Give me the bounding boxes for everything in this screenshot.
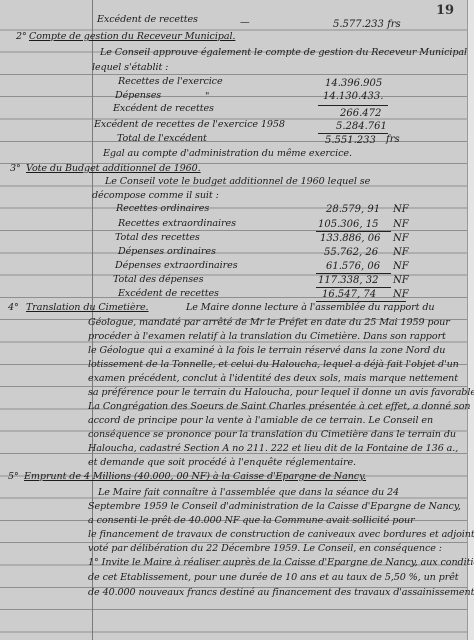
section2-intro-1: Le Conseil approuve également le compte … xyxy=(100,47,467,58)
section4-line: examen précédent, conclut à l'identité d… xyxy=(88,373,458,384)
s3-row-label: Recettes extraordinaires xyxy=(118,218,236,229)
ledger-page: 19 Excédent de recettes — 5.577.233 frs … xyxy=(0,0,474,640)
section5-line: Le Maire fait connaître à l'assemblée qu… xyxy=(98,487,399,498)
section4-heading: Translation du Cimetière. xyxy=(26,302,149,313)
s3-row-label: Dépenses extraordinaires xyxy=(115,260,238,271)
s3-row-value: 105.306, 15 xyxy=(318,219,378,230)
s3-row-unit: NF xyxy=(393,204,409,215)
section3-number: 3° xyxy=(10,163,21,174)
sum-rule xyxy=(318,133,388,134)
s3-row-unit: NF xyxy=(393,247,409,258)
section1-excedent-amount: 5.577.233 frs xyxy=(333,19,401,30)
section5-number: 5° xyxy=(8,471,19,482)
page-edge xyxy=(467,0,474,640)
s3-row-label: Total des recettes xyxy=(115,232,200,243)
s2-row-value: 14.396.905 xyxy=(325,78,382,89)
s3-row-value: 55.762, 26 xyxy=(324,247,378,258)
section5-line: de cet Etablissement, pour une durée de … xyxy=(88,572,459,583)
section3-heading: Vote du Budget additionnel de 1960. xyxy=(26,163,201,174)
sum-rule xyxy=(316,231,391,232)
s3-row-label: Recettes ordinaires xyxy=(116,203,209,214)
page-number: 19 xyxy=(436,3,454,18)
section5-line: a consenti le prêt de 40.000 NF que la C… xyxy=(88,515,415,526)
sum-rule xyxy=(316,287,391,288)
s3-row-unit: NF xyxy=(393,275,409,286)
section4-line: et demande que soit procédé à l'enquête … xyxy=(88,457,356,468)
s3-row-value: 28.579, 91 xyxy=(326,204,380,215)
s2-row-label: Total de l'excédent xyxy=(117,133,207,144)
section4-line: conséquence se prononce pour la translat… xyxy=(88,429,456,440)
section3-intro-2: décompose comme il suit : xyxy=(92,190,219,201)
section4-line: Haloucha, cadastré Section A no 211. 222… xyxy=(88,443,458,454)
s2-row-value: 5.551.233 xyxy=(325,135,376,146)
section3-intro-1: Le Conseil vote le budget additionnel de… xyxy=(105,176,370,187)
s2-row-label: Dépenses xyxy=(115,90,161,101)
section2-closing: Egal au compte d'administration du même … xyxy=(103,148,352,159)
section4-line: procéder à l'examen relatif à la transla… xyxy=(88,331,446,342)
s2-row-value: 266.472 xyxy=(340,108,381,119)
section5-line: de 40.000 nouveaux francs destiné au fin… xyxy=(88,587,474,598)
s3-row-unit: NF xyxy=(393,289,409,300)
section4-line: accord de principe pour la vente à l'ami… xyxy=(88,415,433,426)
s3-row-unit: NF xyxy=(393,261,409,272)
s2-row-value: 5.284.761 xyxy=(336,121,387,132)
s2-row-value: 14.130.433. xyxy=(323,91,383,102)
section5-line: le financement de travaux de constructio… xyxy=(88,529,474,540)
section4-line: Géologue, mandaté par arrêté de Mr le Pr… xyxy=(88,317,450,328)
sum-rule xyxy=(318,105,388,106)
s3-row-unit: NF xyxy=(393,233,409,244)
sum-rule xyxy=(316,273,391,274)
s3-row-value: 117.338, 32 xyxy=(318,275,378,286)
s2-row-label: Recettes de l'exercice xyxy=(118,76,223,87)
s3-row-value: 16.547, 74 xyxy=(322,289,376,300)
section2-intro-2: lequel s'établit : xyxy=(92,62,168,73)
s3-row-label: Total des dépenses xyxy=(113,274,203,285)
section4-line: sa préférence pour le terrain du Halouch… xyxy=(88,387,474,398)
section4-line-0: Le Maire donne lecture à l'assemblée du … xyxy=(186,302,434,313)
s2-row-label: Excédent de recettes de l'exercice 1958 xyxy=(94,119,285,130)
section2-heading: Compte de gestion du Receveur Municipal. xyxy=(29,31,235,42)
ditto-mark: " xyxy=(205,91,209,102)
section5-line: 1° Invite le Maire à réaliser auprès de … xyxy=(88,557,474,568)
s3-row-unit: NF xyxy=(393,219,409,230)
section2-number: 2° xyxy=(16,31,27,42)
section4-line: lotissement de la Tonnelle, et celui du … xyxy=(88,359,459,370)
s3-row-label: Dépenses ordinaires xyxy=(118,246,216,257)
section4-line: le Géologue qui a examiné à la fois le t… xyxy=(88,345,445,356)
section4-line: La Congrégation des Soeurs de Saint Char… xyxy=(88,401,470,412)
s3-row-label: Excédent de recettes xyxy=(118,288,219,299)
section5-line: Septembre 1959 le Conseil d'administrati… xyxy=(88,501,461,512)
s2-total-unit: frs xyxy=(386,134,400,145)
s2-row-label: Excédent de recettes xyxy=(113,103,214,114)
section5-heading: Emprunt de 4 Millions (40.000, 00 NF) à … xyxy=(24,471,366,482)
section5-line: voté par délibération du 22 Décembre 195… xyxy=(88,543,442,554)
s3-row-value: 133.886, 06 xyxy=(320,233,380,244)
s3-row-value: 61.576, 06 xyxy=(326,261,380,272)
section4-number: 4° xyxy=(8,302,19,313)
dash: — xyxy=(240,17,250,28)
section1-excedent-label: Excédent de recettes xyxy=(97,14,198,25)
